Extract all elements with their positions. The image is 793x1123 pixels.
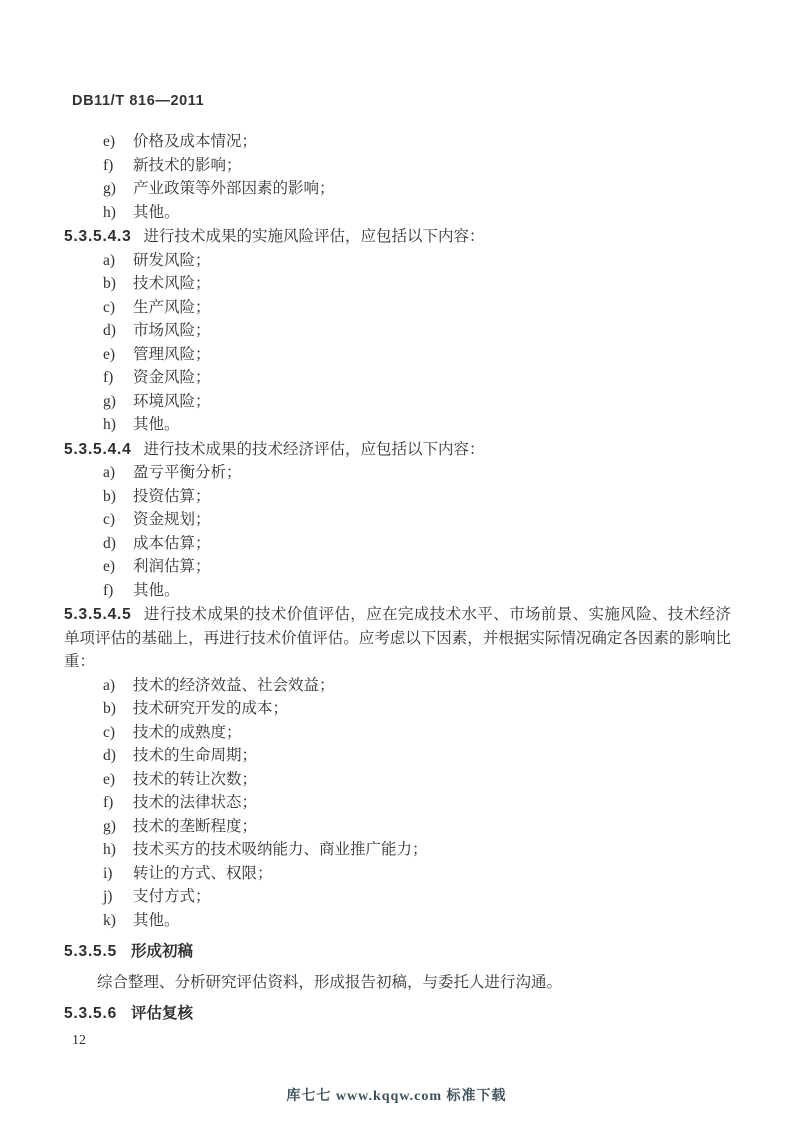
list-item-marker: h) [103, 201, 133, 225]
list-item-text: 其他。 [133, 909, 731, 933]
list-item-marker: i) [103, 862, 133, 886]
list-item-text: 技术的转让次数； [133, 768, 731, 792]
list-item: f)新技术的影响； [103, 154, 731, 178]
list-item: f)其他。 [103, 579, 731, 603]
list-item-marker: e) [103, 555, 133, 579]
clause-list: a)研发风险；b)技术风险；c)生产风险；d)市场风险；e)管理风险；f)资金风… [64, 249, 731, 437]
list-item: g)产业政策等外部因素的影响； [103, 177, 731, 201]
list-item-text: 生产风险； [133, 296, 731, 320]
clause-paragraph: 5.3.5.4.5进行技术成果的技术价值评估，应在完成技术水平、市场前景、实施风… [64, 603, 731, 674]
list-item-text: 技术的垄断程度； [133, 815, 731, 839]
list-item: h)技术买方的技术吸纳能力、商业推广能力； [103, 838, 731, 862]
list-item-marker: f) [103, 579, 133, 603]
body-paragraph: 综合整理、分析研究评估资料，形成报告初稿，与委托人进行沟通。 [64, 971, 731, 995]
clause-number: 5.3.5.4.5 [64, 606, 132, 623]
list-item-marker: h) [103, 838, 133, 862]
list-item-marker: c) [103, 721, 133, 745]
list-item-text: 其他。 [133, 579, 731, 603]
list-item-marker: f) [103, 154, 133, 178]
list-item: d)成本估算； [103, 532, 731, 556]
heading-title: 评估复核 [131, 1005, 193, 1022]
document-header: DB11/T 816—2011 [72, 93, 204, 109]
list-item-text: 技术买方的技术吸纳能力、商业推广能力； [133, 838, 731, 862]
list-item-marker: c) [103, 296, 133, 320]
list-item-marker: b) [103, 485, 133, 509]
footer-watermark: 库七七 www.kqqw.com 标准下载 [0, 1085, 793, 1105]
list-item-text: 环境风险； [133, 390, 731, 414]
document-page: DB11/T 816—2011 e)价格及成本情况；f)新技术的影响；g)产业政… [0, 0, 793, 1123]
section-heading: 5.3.5.6评估复核 [64, 1002, 731, 1026]
list-item: f)技术的法律状态； [103, 791, 731, 815]
list-item-text: 资金风险； [133, 366, 731, 390]
list-item: a)研发风险； [103, 249, 731, 273]
list-item-text: 成本估算； [133, 532, 731, 556]
document-body: e)价格及成本情况；f)新技术的影响；g)产业政策等外部因素的影响；h)其他。5… [64, 130, 731, 1033]
list-item-marker: h) [103, 413, 133, 437]
list-item-marker: g) [103, 815, 133, 839]
list-item-text: 管理风险； [133, 343, 731, 367]
list-item: e)价格及成本情况； [103, 130, 731, 154]
list-item: g)环境风险； [103, 390, 731, 414]
list-item: e)技术的转让次数； [103, 768, 731, 792]
clause-number: 5.3.5.4.3 [64, 228, 132, 245]
list-item-text: 转让的方式、权限； [133, 862, 731, 886]
clause-list: e)价格及成本情况；f)新技术的影响；g)产业政策等外部因素的影响；h)其他。 [64, 130, 731, 224]
list-item: e)利润估算； [103, 555, 731, 579]
clause-paragraph: 5.3.5.4.3进行技术成果的实施风险评估，应包括以下内容： [64, 225, 731, 249]
list-item: f)资金风险； [103, 366, 731, 390]
heading-number: 5.3.5.6 [64, 1005, 117, 1022]
heading-number: 5.3.5.5 [64, 943, 117, 960]
list-item-text: 技术的经济效益、社会效益； [133, 674, 731, 698]
clause-text: 进行技术成果的技术经济评估，应包括以下内容： [144, 441, 485, 458]
list-item: c)资金规划； [103, 508, 731, 532]
list-item-marker: a) [103, 249, 133, 273]
list-item-text: 市场风险； [133, 319, 731, 343]
doc-code: DB11/T 816—2011 [72, 93, 204, 109]
list-item-marker: e) [103, 130, 133, 154]
clause-list: a)技术的经济效益、社会效益；b)技术研究开发的成本；c)技术的成熟度；d)技术… [64, 674, 731, 933]
list-item-marker: k) [103, 909, 133, 933]
list-item: b)技术风险； [103, 272, 731, 296]
list-item-text: 技术的法律状态； [133, 791, 731, 815]
clause-text: 进行技术成果的实施风险评估，应包括以下内容： [144, 228, 485, 245]
list-item-marker: e) [103, 343, 133, 367]
list-item-text: 技术的生命周期； [133, 744, 731, 768]
list-item: d)技术的生命周期； [103, 744, 731, 768]
list-item-text: 研发风险； [133, 249, 731, 273]
list-item-marker: e) [103, 768, 133, 792]
list-item-text: 产业政策等外部因素的影响； [133, 177, 731, 201]
list-item-text: 技术研究开发的成本； [133, 697, 731, 721]
list-item: j)支付方式； [103, 885, 731, 909]
list-item: h)其他。 [103, 413, 731, 437]
list-item-marker: j) [103, 885, 133, 909]
list-item-marker: d) [103, 532, 133, 556]
list-item-marker: a) [103, 674, 133, 698]
heading-title: 形成初稿 [131, 943, 193, 960]
clause-number: 5.3.5.4.4 [64, 441, 132, 458]
list-item: d)市场风险； [103, 319, 731, 343]
list-item-marker: b) [103, 697, 133, 721]
list-item: i)转让的方式、权限； [103, 862, 731, 886]
list-item: a)技术的经济效益、社会效益； [103, 674, 731, 698]
list-item: g)技术的垄断程度； [103, 815, 731, 839]
list-item-marker: d) [103, 744, 133, 768]
list-item: c)技术的成熟度； [103, 721, 731, 745]
list-item-marker: c) [103, 508, 133, 532]
list-item-text: 新技术的影响； [133, 154, 731, 178]
list-item: e)管理风险； [103, 343, 731, 367]
list-item-text: 价格及成本情况； [133, 130, 731, 154]
list-item-text: 技术的成熟度； [133, 721, 731, 745]
list-item-text: 利润估算； [133, 555, 731, 579]
clause-text: 进行技术成果的技术价值评估，应在完成技术水平、市场前景、实施风险、技术经济单项评… [64, 606, 731, 670]
clause-paragraph: 5.3.5.4.4进行技术成果的技术经济评估，应包括以下内容： [64, 438, 731, 462]
list-item-marker: g) [103, 177, 133, 201]
section-heading: 5.3.5.5形成初稿 [64, 940, 731, 964]
list-item-marker: d) [103, 319, 133, 343]
list-item: k)其他。 [103, 909, 731, 933]
list-item: c)生产风险； [103, 296, 731, 320]
list-item-marker: a) [103, 461, 133, 485]
list-item-marker: b) [103, 272, 133, 296]
list-item-text: 投资估算； [133, 485, 731, 509]
list-item-marker: f) [103, 791, 133, 815]
page-number: 12 [72, 1033, 86, 1049]
list-item: b)投资估算； [103, 485, 731, 509]
list-item-text: 资金规划； [133, 508, 731, 532]
list-item-marker: g) [103, 390, 133, 414]
list-item-text: 技术风险； [133, 272, 731, 296]
clause-list: a)盈亏平衡分析；b)投资估算；c)资金规划；d)成本估算；e)利润估算；f)其… [64, 461, 731, 602]
list-item-text: 支付方式； [133, 885, 731, 909]
list-item-text: 其他。 [133, 413, 731, 437]
footer-watermark-text: 库七七 www.kqqw.com 标准下载 [286, 1089, 506, 1104]
list-item-text: 其他。 [133, 201, 731, 225]
list-item: a)盈亏平衡分析； [103, 461, 731, 485]
list-item: b)技术研究开发的成本； [103, 697, 731, 721]
list-item-text: 盈亏平衡分析； [133, 461, 731, 485]
list-item: h)其他。 [103, 201, 731, 225]
list-item-marker: f) [103, 366, 133, 390]
